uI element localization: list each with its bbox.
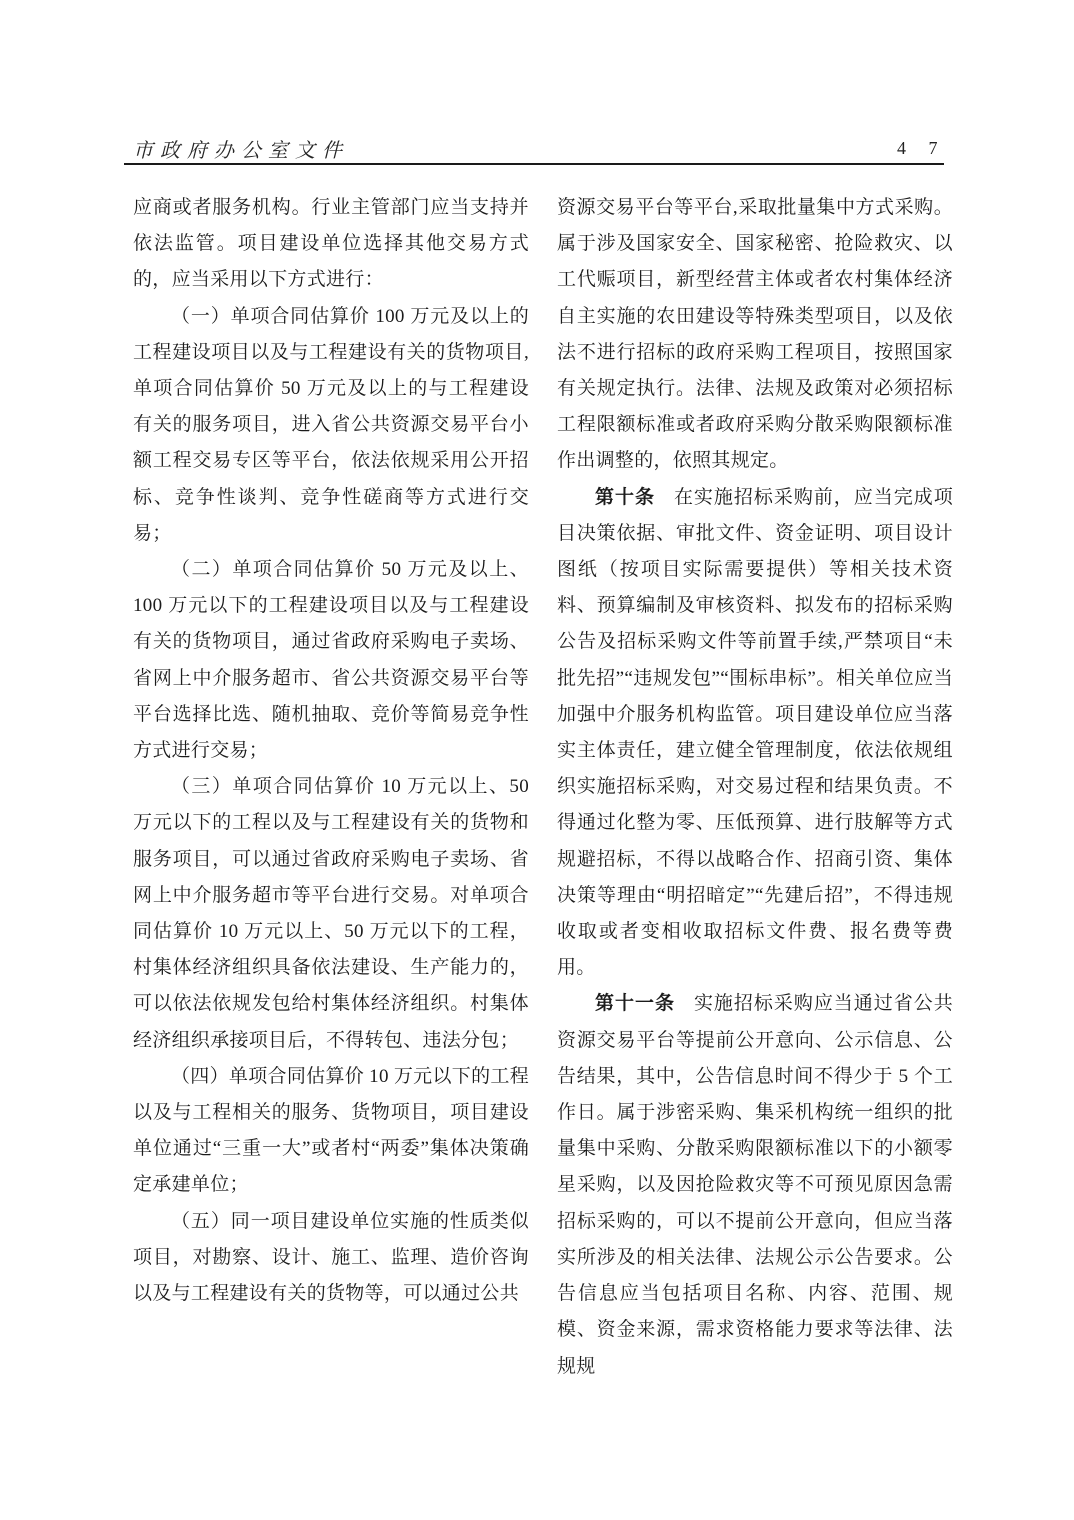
paragraph-text: 实施招标采购应当通过省公共资源交易平台等提前公开意向、公示信息、公告结果，其中，… — [557, 993, 953, 1376]
paragraph-item-1: （一）单项合同估算价 100 万元及以上的工程建设项目以及与工程建设有关的货物项… — [133, 299, 529, 552]
paragraph-item-5: （五）同一项目建设单位实施的性质类似项目，对勘察、设计、施工、监理、造价咨询以及… — [133, 1204, 529, 1313]
paragraph-text: （五）同一项目建设单位实施的性质类似项目，对勘察、设计、施工、监理、造价咨询以及… — [133, 1211, 529, 1304]
document-page: 市政府办公室文件 4 7 应商或者服务机构。行业主管部门应当支持并依法监管。项目… — [0, 0, 1074, 1520]
left-column: 应商或者服务机构。行业主管部门应当支持并依法监管。项目建设单位选择其他交易方式的… — [133, 190, 529, 1385]
paragraph-item-4: （四）单项合同估算价 10 万元以下的工程以及与工程相关的服务、货物项目，项目建… — [133, 1059, 529, 1204]
paragraph-text: 资源交易平台等平台,采取批量集中方式采购。属于涉及国家安全、国家秘密、抢险救灾、… — [557, 197, 953, 471]
right-column: 资源交易平台等平台,采取批量集中方式采购。属于涉及国家安全、国家秘密、抢险救灾、… — [557, 190, 953, 1385]
paragraph-continuation: 资源交易平台等平台,采取批量集中方式采购。属于涉及国家安全、国家秘密、抢险救灾、… — [557, 190, 953, 480]
page-number: 4 7 — [897, 138, 947, 159]
paragraph-article-10: 第十条在实施招标采购前，应当完成项目决策依据、审批文件、资金证明、项目设计图纸（… — [557, 480, 953, 987]
article-number: 第十条 — [595, 487, 655, 508]
paragraph-text: 应商或者服务机构。行业主管部门应当支持并依法监管。项目建设单位选择其他交易方式的… — [133, 197, 529, 290]
paragraph-article-11: 第十一条实施招标采购应当通过省公共资源交易平台等提前公开意向、公示信息、公告结果… — [557, 986, 953, 1384]
paragraph-text: （一）单项合同估算价 100 万元及以上的工程建设项目以及与工程建设有关的货物项… — [133, 306, 529, 544]
paragraph-text: （三）单项合同估算价 10 万元以上、50 万元以下的工程以及与工程建设有关的货… — [133, 776, 529, 1050]
document-body: 应商或者服务机构。行业主管部门应当支持并依法监管。项目建设单位选择其他交易方式的… — [133, 190, 953, 1385]
paragraph-continuation: 应商或者服务机构。行业主管部门应当支持并依法监管。项目建设单位选择其他交易方式的… — [133, 190, 529, 299]
paragraph-text: （四）单项合同估算价 10 万元以下的工程以及与工程相关的服务、货物项目，项目建… — [133, 1066, 529, 1196]
paragraph-text: 在实施招标采购前，应当完成项目决策依据、审批文件、资金证明、项目设计图纸（按项目… — [557, 487, 953, 979]
paragraph-item-3: （三）单项合同估算价 10 万元以上、50 万元以下的工程以及与工程建设有关的货… — [133, 769, 529, 1059]
header-title: 市政府办公室文件 — [133, 134, 349, 163]
header-rule — [124, 163, 944, 165]
article-number: 第十一条 — [595, 993, 675, 1014]
paragraph-item-2: （二）单项合同估算价 50 万元及以上、100 万元以下的工程建设项目以及与工程… — [133, 552, 529, 769]
paragraph-text: （二）单项合同估算价 50 万元及以上、100 万元以下的工程建设项目以及与工程… — [133, 559, 529, 761]
